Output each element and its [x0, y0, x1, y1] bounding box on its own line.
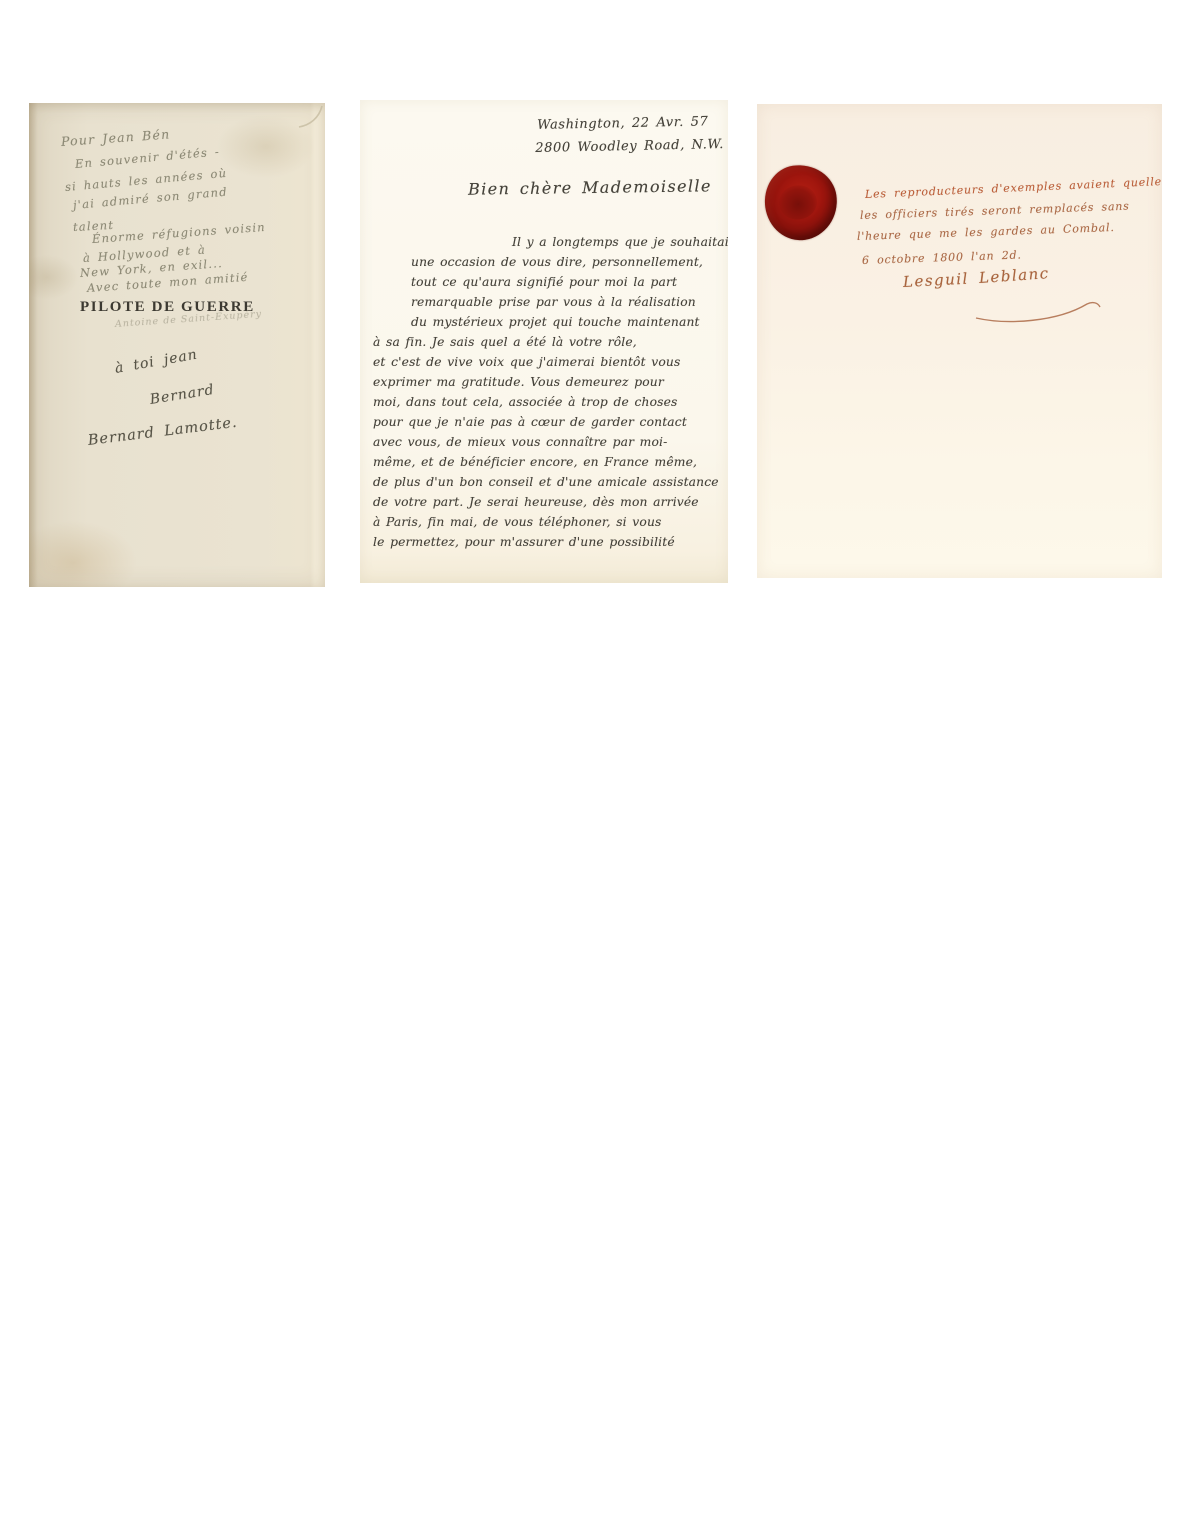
letter-line: de votre part. Je serai heureuse, dès mo…: [373, 492, 721, 512]
letter-line: exprimer ma gratitude. Vous demeurez pou…: [373, 372, 721, 392]
dedication-line: à toi jean: [114, 347, 199, 377]
note-signature: Lesguil: [903, 270, 970, 291]
note-signature: Leblanc: [978, 264, 1050, 287]
note-line: les officiers tirés seront remplacés san…: [860, 200, 1130, 222]
letter-line: de plus d'un bon conseil et d'une amical…: [373, 472, 721, 492]
letter-body: Il y a longtemps que je souhaitais une o…: [373, 232, 721, 552]
inscription-line: En souvenir d'étés -: [74, 144, 220, 171]
page-curl: [296, 104, 324, 134]
signature-flourish: [972, 296, 1102, 326]
letter-line: une occasion de vous dire, personnelleme…: [373, 252, 721, 272]
note-line: 6 octobre 1800 l'an 2d.: [862, 248, 1022, 267]
letter-line: avec vous, de mieux vous connaître par m…: [373, 432, 721, 452]
inscription-line: Énorme réfugions voisin: [92, 220, 267, 246]
wax-seal-core: [777, 182, 819, 221]
letter-line: même, et de bénéficier encore, en France…: [373, 452, 721, 472]
wax-seal: [760, 160, 842, 244]
handwritten-letter-photo: Washington, 22 Avr. 57 2800 Woodley Road…: [360, 100, 728, 583]
letter-line: le permettez, pour m'assurer d'une possi…: [373, 532, 721, 552]
lamotte-signature: Bernard Lamotte.: [87, 415, 238, 449]
note-line: Les reproducteurs d'exemples avaient que…: [865, 175, 1162, 201]
letter-line: Il y a longtemps que je souhaitais: [373, 232, 721, 252]
book-title-page-photo: Pour Jean Bén En souvenir d'étés - si ha…: [29, 103, 325, 587]
letter-line: à sa fin. Je sais quel a été là votre rô…: [373, 332, 721, 352]
note-line: l'heure que me les gardes au Combal.: [857, 221, 1115, 243]
letter-line: à Paris, fin mai, de vous téléphoner, si…: [373, 512, 721, 532]
letter-line: du mystérieux projet qui touche maintena…: [373, 312, 721, 332]
letter-line: remarquable prise par vous à la réalisat…: [373, 292, 721, 312]
letter-line: tout ce qu'aura signifié pour moi la par…: [373, 272, 721, 292]
sealed-note-photo: Les reproducteurs d'exemples avaient que…: [757, 104, 1162, 578]
letter-heading: Washington, 22 Avr. 57 2800 Woodley Road…: [535, 110, 725, 160]
dedication-line: Bernard: [149, 382, 216, 408]
letter-address: 2800 Woodley Road, N.W.: [535, 133, 724, 160]
letter-line: moi, dans tout cela, associée à trop de …: [373, 392, 721, 412]
letter-salutation: Bien chère Mademoiselle: [468, 176, 712, 198]
inscription-line: Pour Jean Bén: [60, 126, 170, 149]
letter-line: pour que je n'aie pas à cœur de garder c…: [373, 412, 721, 432]
letter-line: et c'est de vive voix que j'aimerai bien…: [373, 352, 721, 372]
